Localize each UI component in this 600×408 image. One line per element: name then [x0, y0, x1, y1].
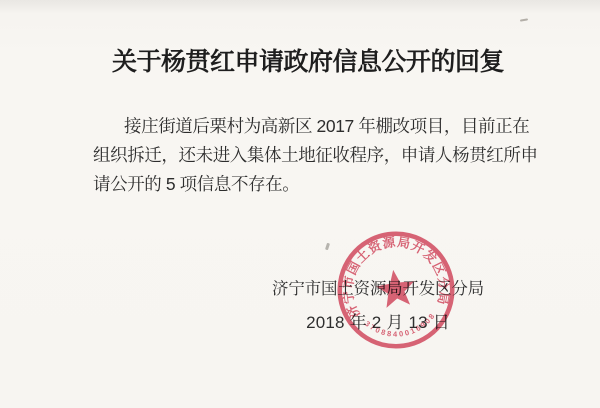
seal-star-icon — [374, 267, 417, 309]
official-seal: 济宁市国土资源局开发区分局 3708840016908 — [310, 204, 482, 376]
scan-artifact-dash — [520, 18, 528, 21]
document-body: 接庄街道后栗村为高新区 2017 年棚改项目，目前正在 组织拆迁，还未进入集体土… — [93, 112, 553, 198]
body-line-2: 组织拆迁，还未进入集体土地征收程序，申请人杨贯红所申 — [93, 141, 553, 170]
document-title: 关于杨贯红申请政府信息公开的回复 — [8, 42, 600, 78]
body-line-3: 请公开的 5 项信息不存在。 — [93, 170, 553, 199]
scanned-document-page: 关于杨贯红申请政府信息公开的回复 接庄街道后栗村为高新区 2017 年棚改项目，… — [0, 0, 600, 408]
body-line-1: 接庄街道后栗村为高新区 2017 年棚改项目，目前正在 — [93, 112, 553, 141]
